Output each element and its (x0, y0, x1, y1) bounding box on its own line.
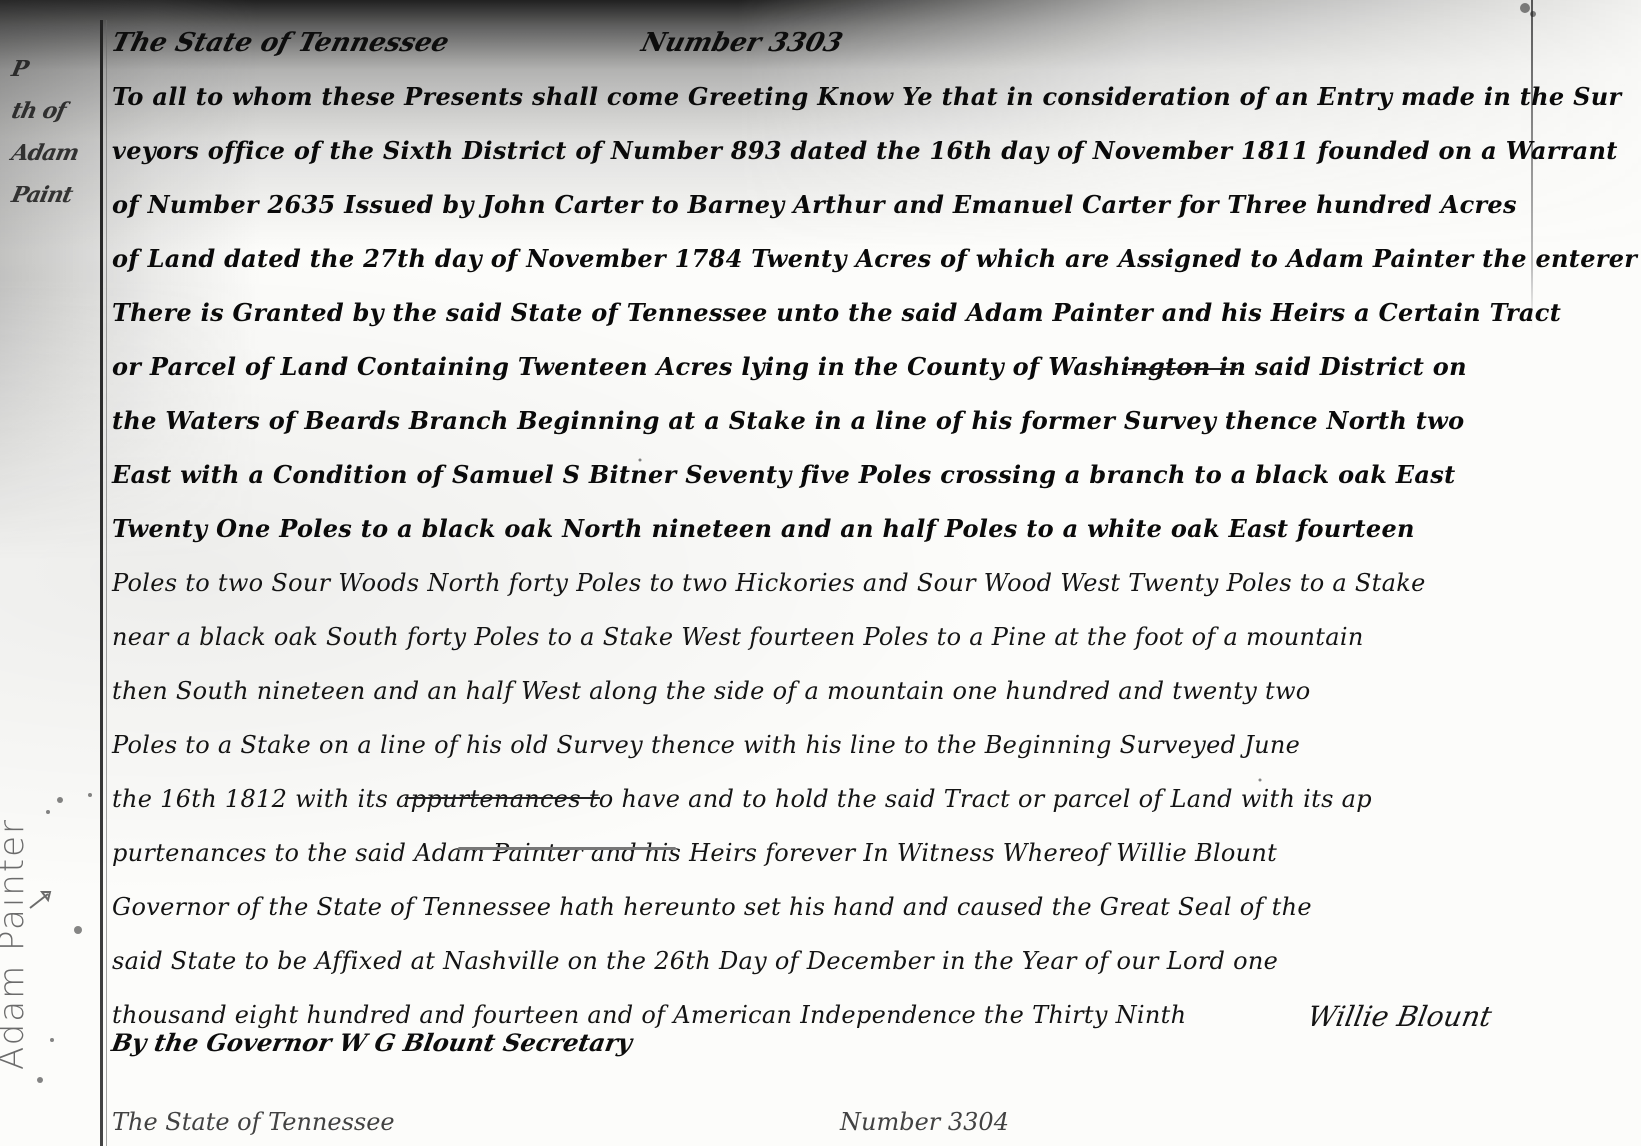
body-line: veyors office of the Sixth District of N… (112, 124, 1532, 178)
body-line: said State to be Affixed at Nashville on… (112, 934, 1532, 988)
body-line: Governor of the State of Tennessee hath … (112, 880, 1532, 934)
washington-underline (1128, 368, 1238, 370)
body-line: the 16th 1812 with its appurtenances to … (112, 772, 1532, 826)
body-line: To all to whom these Presents shall come… (112, 70, 1532, 124)
body-line: purtenances to the said Adam Painter and… (112, 826, 1532, 880)
body-line: Poles to a Stake on a line of his old Su… (112, 718, 1532, 772)
body-line: of Number 2635 Issued by John Carter to … (112, 178, 1532, 232)
line-text: or Parcel of Land Containing Twenteen Ac… (112, 352, 1467, 381)
governor-signature: Willie Blount (1305, 1000, 1494, 1033)
body-line: near a black oak South forty Poles to a … (112, 610, 1532, 664)
body-line: then South nineteen and an half West alo… (112, 664, 1532, 718)
margin-notes: P th of Adam Paint (12, 48, 102, 216)
grant-number: Number 3303 (638, 28, 845, 58)
body-line: There is Granted by the said State of Te… (112, 286, 1532, 340)
margin-note: P (8, 48, 107, 90)
margin-note: Adam (8, 132, 107, 174)
adam-painter-pencil-underline (458, 847, 676, 850)
body-line-washington: or Parcel of Land Containing Twenteen Ac… (112, 340, 1532, 394)
body-line: Poles to two Sour Woods North forty Pole… (112, 556, 1532, 610)
body-line: East with a Condition of Samuel S Bitner… (112, 448, 1532, 502)
pencil-arrow-icon (28, 886, 56, 916)
margin-note: Paint (8, 174, 107, 216)
body-line: of Land dated the 27th day of November 1… (112, 232, 1532, 286)
margin-rule-secondary (106, 20, 107, 1146)
next-entry-number: Number 3304 (840, 1108, 1009, 1136)
margin-note: th of (8, 90, 107, 132)
body-line: Twenty One Poles to a black oak North ni… (112, 502, 1532, 556)
secretary-attestation: By the Governor W G Blount Secretary (109, 1028, 634, 1057)
next-entry-state: The State of Tennessee (112, 1108, 395, 1136)
grant-body: To all to whom these Presents shall come… (112, 70, 1532, 1042)
body-line: the Waters of Beards Branch Beginning at… (112, 394, 1532, 448)
header-state: The State of Tennessee (108, 28, 452, 58)
pencil-annotation: Adam Painter (0, 810, 32, 1070)
grant-header: The State of Tennessee Number 3303 (112, 28, 1492, 68)
appurtenances-underline (405, 797, 600, 799)
